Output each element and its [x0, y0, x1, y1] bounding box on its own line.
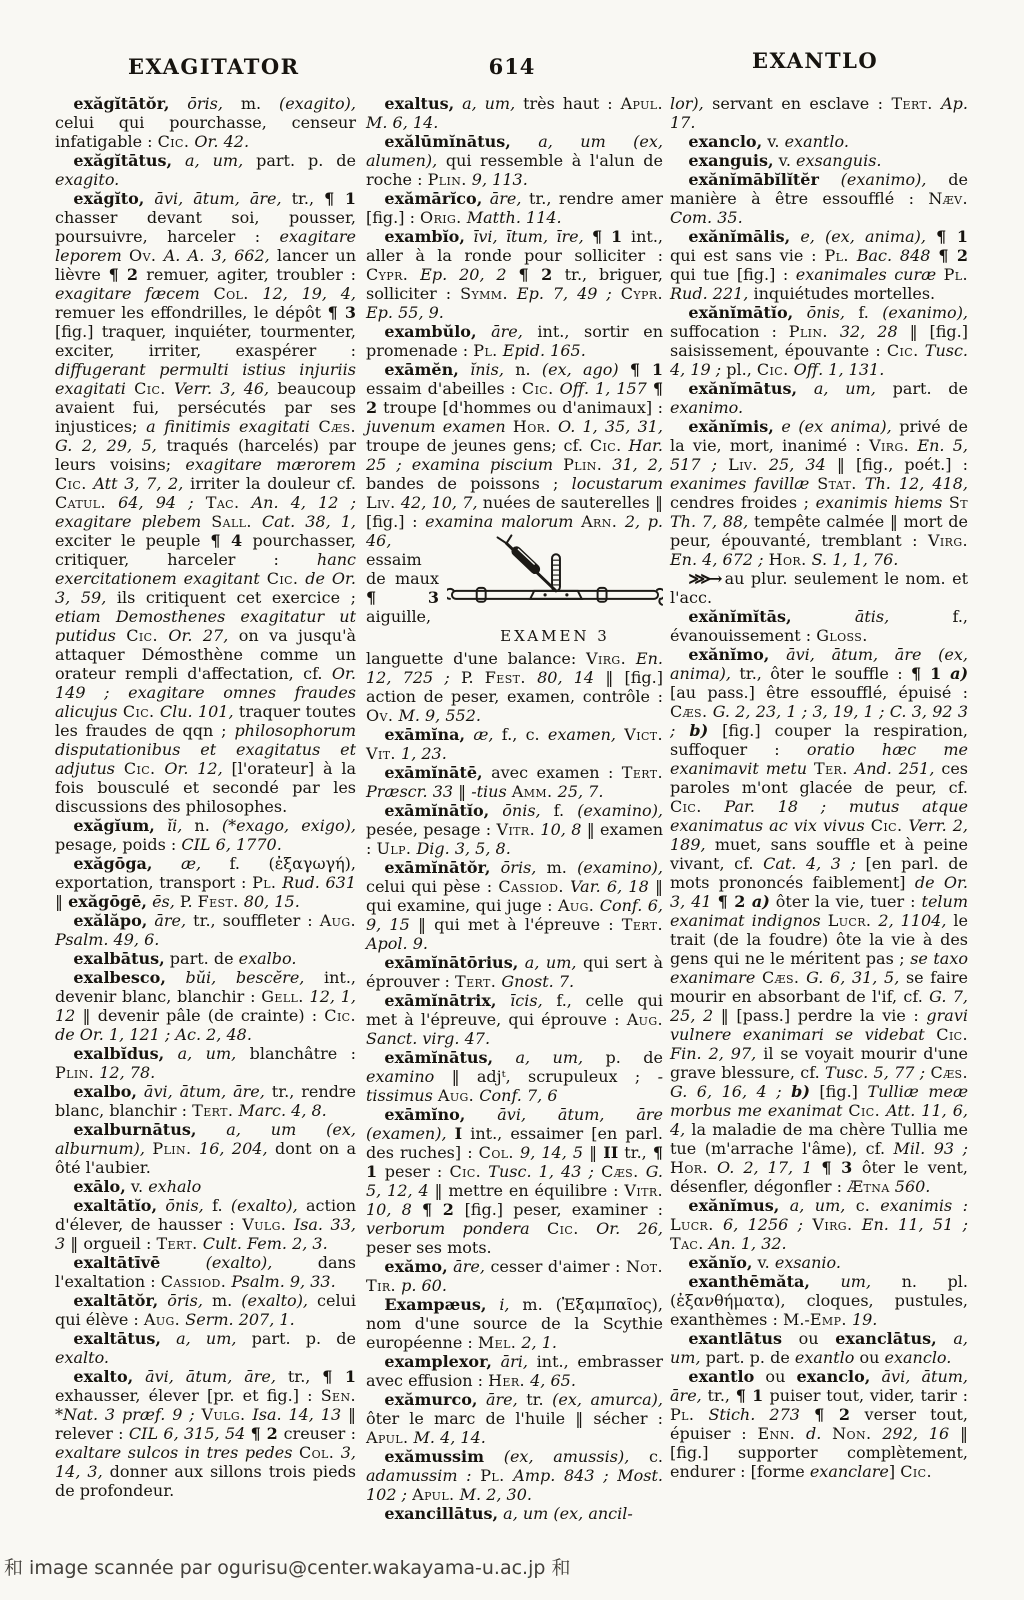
dictionary-entry: exanclo, v. exantlo.: [670, 132, 968, 151]
guide-word-right: EXANTLO: [752, 48, 878, 73]
dictionary-entry: exanguis, v. exsanguis.: [670, 151, 968, 170]
dictionary-entry: exantlātus ou exanclātus, a, um, part. p…: [670, 1329, 968, 1367]
dictionary-entry: exaltātŏr, ōris, m. (exalto), celui qui …: [55, 1291, 356, 1329]
dictionary-entry: exănĭmātus, a, um, part. de exanimo.: [670, 379, 968, 417]
dictionary-entry: exănĭmo, āvi, ātum, āre (ex, anima), tr.…: [670, 645, 968, 1196]
dictionary-entry: exālo, v. exhalo: [55, 1177, 356, 1196]
dictionary-page: EXAGITATOR 614 EXANTLO exăgĭtātŏr, ōris,…: [0, 0, 1024, 1600]
dictionary-entry: ⋙→au plur. seulement le nom. et l'acc.: [670, 569, 968, 607]
examen-balance-figure: EXAMEN 3: [447, 534, 663, 646]
dictionary-entry: exăgĭtātŏr, ōris, m. (exagito), celui qu…: [55, 94, 356, 151]
column-1: exăgĭtātŏr, ōris, m. (exagito), celui qu…: [55, 94, 356, 1500]
dictionary-entry: exălăpo, āre, tr., souffleter : Aug. Psa…: [55, 911, 356, 949]
dictionary-entry: examplexor, āri, int., embrasser avec ef…: [366, 1352, 663, 1390]
dictionary-entry: exancillātus, a, um (ex, ancil-: [366, 1504, 663, 1523]
dictionary-entry: exăgĭto, āvi, ātum, āre, tr., ¶ 1 chasse…: [55, 189, 356, 816]
dictionary-entry: exalbo, āvi, ātum, āre, tr., rendre blan…: [55, 1082, 356, 1120]
dictionary-entry: exantlo ou exanclo, āvi, ātum, āre, tr.,…: [670, 1367, 968, 1481]
dictionary-entry: exănĭmālis, e, (ex, anima), ¶ 1 qui est …: [670, 227, 968, 303]
dictionary-entry: exămussim (ex, amussis), c. adamussim : …: [366, 1447, 663, 1504]
dictionary-entry: exălūmĭnātus, a, um (ex, alumen), qui re…: [366, 132, 663, 189]
dictionary-entry: exāmĭno, āvi, ātum, āre (examen), I int.…: [366, 1105, 663, 1257]
dictionary-entry: exăgĭtātus, a, um, part. p. de exagito.: [55, 151, 356, 189]
dictionary-entry: exaltātīvē (exalto), dans l'exaltation :…: [55, 1253, 356, 1291]
dictionary-entry: exāmĭnātĭo, ōnis, f. (examino), pesée, p…: [366, 801, 663, 858]
dictionary-entry: exāmĭna, æ, f., c. examen, Vict. Vit. 1,…: [366, 725, 663, 763]
dictionary-entry: exalto, āvi, ātum, āre, tr., ¶ 1 exhauss…: [55, 1367, 356, 1500]
dictionary-entry: exāmĭnātus, a, um, p. de examino ‖ adjᵗ,…: [366, 1048, 663, 1105]
dictionary-entry: exămārĭco, āre, tr., rendre amer [fig.] …: [366, 189, 663, 227]
dictionary-entry: exalbĭdus, a, um, blanchâtre : Plin. 12,…: [55, 1044, 356, 1082]
dictionary-entry: exăgōga, æ, f. (ἐξαγωγή), exportation, t…: [55, 854, 356, 911]
scan-credit: 和 image scannée par ogurisu@center.wakay…: [4, 1553, 570, 1580]
dictionary-entry: exaltātĭo, ōnis, f. (exalto), action d'é…: [55, 1196, 356, 1253]
figure-caption: EXAMEN 3: [500, 627, 610, 645]
dictionary-entry: exănĭmis, e (ex anima), privé de la vie,…: [670, 417, 968, 569]
dictionary-entry: exāmĭnātrix, īcis, f., celle qui met à l…: [366, 991, 663, 1048]
dictionary-entry: exănĭmābĭlĭtĕr (exanimo), de manière à ê…: [670, 170, 968, 227]
dictionary-entry: exāmĭnātŏr, ōris, m. (examino), celui qu…: [366, 858, 663, 953]
dictionary-entry: exănĭmus, a, um, c. exanimis : Lucr. 6, …: [670, 1196, 968, 1253]
dictionary-entry: exambĭo, īvi, ītum, īre, ¶ 1 int., aller…: [366, 227, 663, 322]
dictionary-entry: exalbātus, part. de exalbo.: [55, 949, 356, 968]
dictionary-entry: lor), servant en esclave : Tert. Ap. 17.: [670, 94, 968, 132]
dictionary-entry: exăgĭum, ĭi, n. (*exago, exigo), pesage,…: [55, 816, 356, 854]
dictionary-entry: exănĭmĭtās, ātis, f., évanouissement : G…: [670, 607, 968, 645]
dictionary-entry: exalbesco, bŭi, bescĕre, int., devenir b…: [55, 968, 356, 1044]
dictionary-entry: exanthēmăta, um, n. pl. (ἐξανθήματα), cl…: [670, 1272, 968, 1329]
column-2: exaltus, a, um, très haut : Apul. M. 6, …: [366, 94, 663, 1523]
dictionary-entry: exāmĭnātē, avec examen : Tert. Præscr. 3…: [366, 763, 663, 801]
dictionary-entry: exaltātus, a, um, part. p. de exalto.: [55, 1329, 356, 1367]
dictionary-entry: Exampæus, i, m. (Ἐξαμπαῖος), nom d'une s…: [366, 1295, 663, 1352]
dictionary-entry: exambŭlo, āre, int., sortir en promenade…: [366, 322, 663, 360]
dictionary-entry: exănĭo, v. exsanio.: [670, 1253, 968, 1272]
dictionary-entry: exămurco, āre, tr. (ex, amurca), ôter le…: [366, 1390, 663, 1447]
dictionary-entry: exămo, āre, cesser d'aimer : Not. Tir. p…: [366, 1257, 663, 1295]
dictionary-entry: exalburnātus, a, um (ex, alburnum), Plin…: [55, 1120, 356, 1177]
balance-illustration: [447, 534, 663, 626]
dictionary-entry: exāmĭnātōrius, a, um, qui sert à éprouve…: [366, 953, 663, 991]
dictionary-entry: exaltus, a, um, très haut : Apul. M. 6, …: [366, 94, 663, 132]
dictionary-entry: exănĭmātĭo, ōnis, f. (exanimo), suffocat…: [670, 303, 968, 379]
column-3: lor), servant en esclave : Tert. Ap. 17.…: [670, 94, 968, 1481]
dictionary-entry: exāmĕn, ĭnis, n. (ex, ago) ¶ 1 essaim d'…: [366, 360, 663, 725]
